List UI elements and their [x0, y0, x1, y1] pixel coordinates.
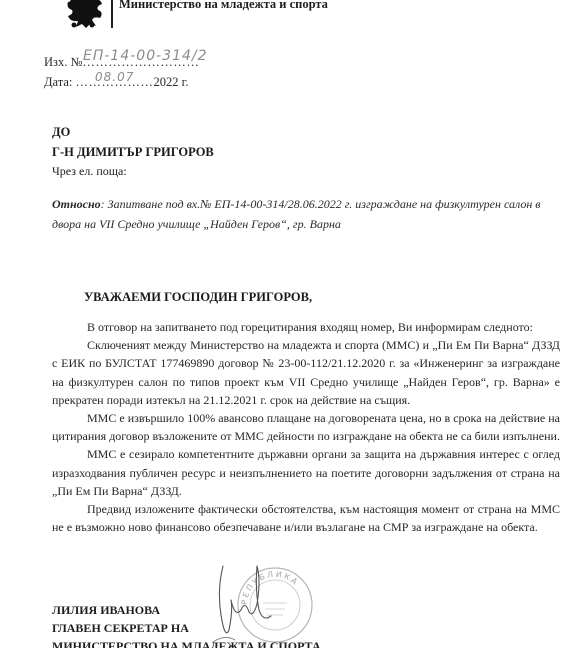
subject-label: Относно: [52, 197, 101, 211]
handwritten-signature-icon: [205, 560, 295, 648]
date-suffix: 2022 г.: [154, 75, 189, 89]
date-handwritten: 08.07: [95, 70, 134, 84]
outgoing-number-label: Изх. №: [44, 55, 82, 69]
date-label: Дата:: [44, 75, 72, 89]
addressee-via: Чрез ел. поща:: [52, 164, 127, 179]
ministry-name: Министерство на младежта и спорта: [119, 0, 328, 12]
body-paragraph: ММС е сезирало компетентните държавни ор…: [52, 445, 560, 500]
signatory-title-line1: ГЛАВЕН СЕКРЕТАР НА: [52, 621, 189, 636]
header-divider: [111, 0, 113, 28]
lion-coat-of-arms-icon: [60, 0, 110, 28]
subject-text: : Запитване под вх.№ ЕП-14-00-314/28.06.…: [52, 197, 541, 231]
signatory-name: ЛИЛИЯ ИВАНОВА: [52, 603, 160, 618]
body-paragraph: В отговор на запитването под горецитиран…: [52, 318, 560, 336]
body-paragraph: Сключеният между Министерство на младежт…: [52, 336, 560, 409]
subject: Относно: Запитване под вх.№ ЕП-14-00-314…: [52, 194, 562, 234]
outgoing-number-handwritten: ЕП-14-00-314/2: [83, 48, 208, 64]
signatory-title-line2: МИНИСТЕРСТВО НА МЛАДЕЖТА И СПОРТА: [52, 639, 321, 648]
salutation: УВАЖАЕМИ ГОСПОДИН ГРИГОРОВ,: [84, 290, 312, 305]
addressee-to: ДО: [52, 125, 70, 140]
addressee-name: Г-Н ДИМИТЪР ГРИГОРОВ: [52, 145, 214, 160]
body-paragraph: ММС е извършило 100% авансово плащане на…: [52, 409, 560, 445]
letter-body: В отговор на запитването под горецитиран…: [52, 318, 560, 536]
body-paragraph: Предвид изложените фактически обстоятелс…: [52, 500, 560, 536]
